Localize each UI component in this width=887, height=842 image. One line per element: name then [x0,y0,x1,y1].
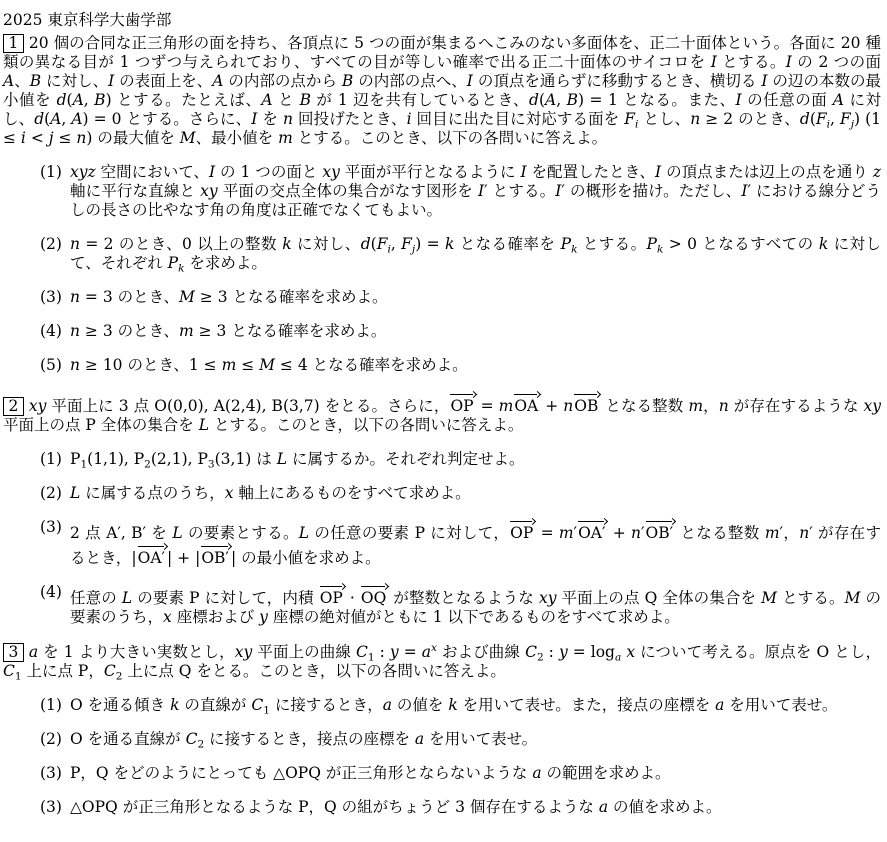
item-label: (1) [40,163,70,220]
item-text: P，Q をどのようにとっても △OPQ が正三角形とならないような a の範囲を… [70,764,881,783]
problem-number-box: 2 [3,397,24,416]
item-label: (5) [40,356,70,375]
problem-item: (3)△OPQ が正三角形となるような P，Q の組がちょうど 3 個存在するよ… [40,798,881,817]
exam-document: 2025 東京科学大歯学部 120 個の合同な正三角形の面を持ち、各頂点に 5 … [0,0,887,817]
problem-intro: 120 個の合同な正三角形の面を持ち、各頂点に 5 つの面が集まるへこみのない多… [3,34,881,148]
item-text: 任意の L の要素 P に対して，内積 OP · OQ が整数となるような xy… [70,583,881,627]
problem-item: (3)P，Q をどのようにとっても △OPQ が正三角形とならないような a の… [40,764,881,783]
item-text: △OPQ が正三角形となるような P，Q の組がちょうど 3 個存在するような … [70,798,881,817]
item-label: (4) [40,322,70,341]
problem-number-box: 1 [3,34,24,53]
item-text: L に属する点のうち，x 軸上にあるものをすべて求めよ。 [70,484,881,503]
item-text: O を通る直線が C2 に接するとき，接点の座標を a を用いて表せ。 [70,730,881,749]
problem-number-box: 3 [3,643,24,662]
problem-intro-text: xy 平面上に 3 点 O(0,0), A(2,4), B(3,7) をとる。さ… [3,397,881,434]
problem-item: (5)n ≥ 10 のとき、1 ≤ m ≤ M ≤ 4 となる確率を求めよ。 [40,356,881,375]
problem-item: (2)L に属する点のうち，x 軸上にあるものをすべて求めよ。 [40,484,881,503]
problem-item: (1)P1(1,1), P2(2,1), P3(3,1) は L に属するか。そ… [40,450,881,469]
item-label: (3) [40,798,70,817]
item-text: P1(1,1), P2(2,1), P3(3,1) は L に属するか。それぞれ… [70,450,881,469]
item-label: (1) [40,696,70,715]
page-title: 2025 東京科学大歯学部 [3,11,881,30]
item-text: 2 点 A′, B′ を L の要素とする。L の任意の要素 P に対して，OP… [70,518,881,568]
item-label: (3) [40,518,70,568]
item-text: O を通る傾き k の直線が C1 に接するとき，a の値を k を用いて表せ。… [70,696,881,715]
problem-item: (1)O を通る傾き k の直線が C1 に接するとき，a の値を k を用いて… [40,696,881,715]
problem-item: (2)O を通る直線が C2 に接するとき，接点の座標を a を用いて表せ。 [40,730,881,749]
item-text: n ≥ 10 のとき、1 ≤ m ≤ M ≤ 4 となる確率を求めよ。 [70,356,881,375]
item-text: xyz 空間において、I の 1 つの面と xy 平面が平行となるように I を… [70,163,881,220]
problem-item: (3)n = 3 のとき、M ≥ 3 となる確率を求めよ。 [40,288,881,307]
problem-item: (4)任意の L の要素 P に対して，内積 OP · OQ が整数となるような… [40,583,881,627]
item-text: n = 2 のとき、0 以上の整数 k に対し、d(Fi, Fj) = k とな… [70,235,881,273]
problems-container: 120 個の合同な正三角形の面を持ち、各頂点に 5 つの面が集まるへこみのない多… [3,34,881,817]
problem-intro: 2xy 平面上に 3 点 O(0,0), A(2,4), B(3,7) をとる。… [3,391,881,435]
problem-intro-text: 20 個の合同な正三角形の面を持ち、各頂点に 5 つの面が集まるへこみのない多面… [3,34,881,147]
problem-1: 120 個の合同な正三角形の面を持ち、各頂点に 5 つの面が集まるへこみのない多… [3,34,881,375]
item-label: (2) [40,484,70,503]
problem-2: 2xy 平面上に 3 点 O(0,0), A(2,4), B(3,7) をとる。… [3,391,881,627]
item-label: (3) [40,764,70,783]
problem-item: (4)n ≥ 3 のとき、m ≥ 3 となる確率を求めよ。 [40,322,881,341]
item-label: (3) [40,288,70,307]
item-label: (2) [40,235,70,273]
item-text: n ≥ 3 のとき、m ≥ 3 となる確率を求めよ。 [70,322,881,341]
problem-item: (1)xyz 空間において、I の 1 つの面と xy 平面が平行となるように … [40,163,881,220]
item-label: (2) [40,730,70,749]
problem-item: (3)2 点 A′, B′ を L の要素とする。L の任意の要素 P に対して… [40,518,881,568]
problem-item: (2)n = 2 のとき、0 以上の整数 k に対し、d(Fi, Fj) = k… [40,235,881,273]
problem-intro: 3a を 1 より大きい実数とし，xy 平面上の曲線 C1 : y = ax お… [3,643,881,681]
item-text: n = 3 のとき、M ≥ 3 となる確率を求めよ。 [70,288,881,307]
problem-intro-text: a を 1 より大きい実数とし，xy 平面上の曲線 C1 : y = ax およ… [3,643,881,680]
problem-3: 3a を 1 より大きい実数とし，xy 平面上の曲線 C1 : y = ax お… [3,643,881,817]
item-label: (1) [40,450,70,469]
item-label: (4) [40,583,70,627]
